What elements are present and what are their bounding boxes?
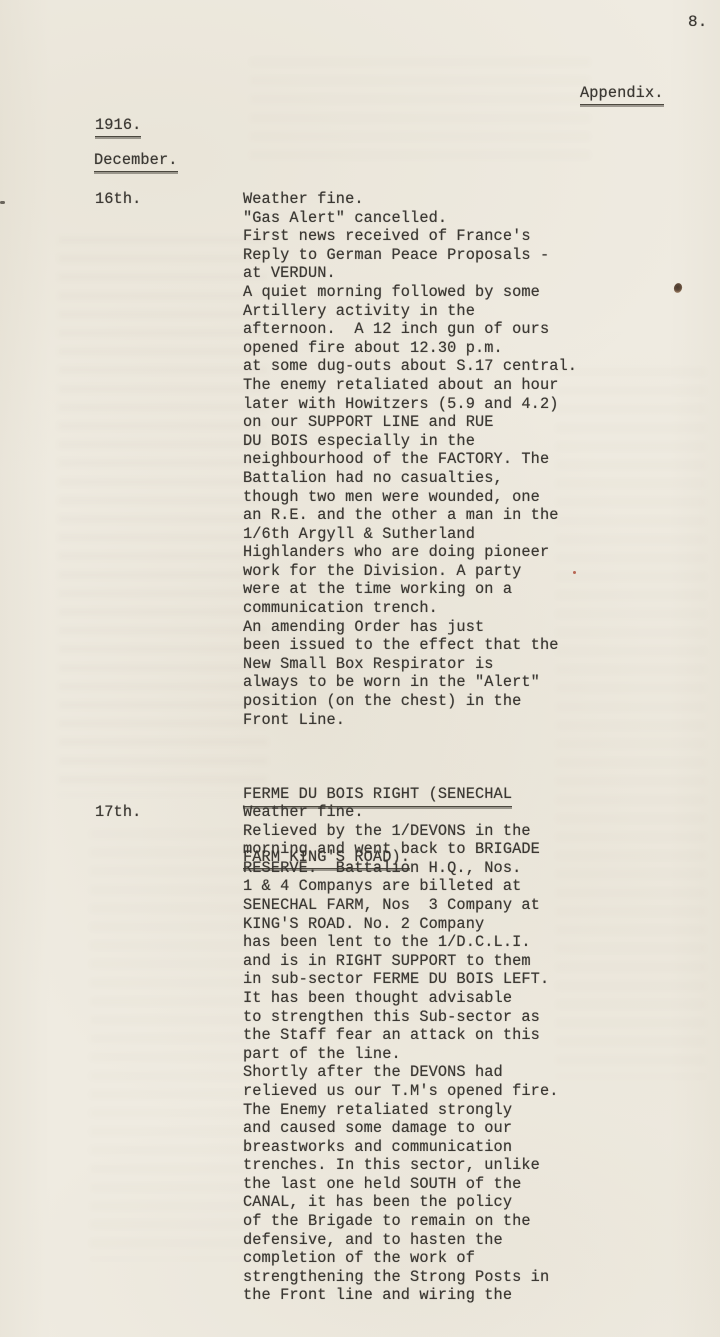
typewritten-line: at VERDUN. bbox=[243, 264, 577, 283]
typewritten-line: 1/6th Argyll & Sutherland bbox=[243, 525, 577, 544]
month-heading: December. bbox=[94, 151, 178, 172]
appendix-heading: Appendix. bbox=[580, 84, 664, 105]
typewritten-line: in sub-sector FERME DU BOIS LEFT. bbox=[243, 970, 559, 989]
year-heading-text: 1916. bbox=[95, 116, 141, 137]
entry-body-16th: Weather fine."Gas Alert" cancelled.First… bbox=[243, 190, 577, 729]
typewritten-line: been issued to the effect that the bbox=[243, 636, 577, 655]
typewritten-line: New Small Box Respirator is bbox=[243, 655, 577, 674]
ink-speck bbox=[673, 282, 684, 294]
typewritten-line: Weather fine. bbox=[243, 190, 577, 209]
red-ink-dot bbox=[573, 571, 576, 574]
typewritten-line: 1 & 4 Companys are billeted at bbox=[243, 877, 559, 896]
typewritten-line: Relieved by the 1/DEVONS in the bbox=[243, 822, 559, 841]
typewritten-line: the Front line and wiring the bbox=[243, 1286, 559, 1305]
typewritten-line: An amending Order has just bbox=[243, 618, 577, 637]
typewritten-line: the last one held SOUTH of the bbox=[243, 1175, 559, 1194]
typewritten-line: SENECHAL FARM, Nos 3 Company at bbox=[243, 896, 559, 915]
typewritten-line: later with Howitzers (5.9 and 4.2) bbox=[243, 395, 577, 414]
entry-body-17th: Weather fine.Relieved by the 1/DEVONS in… bbox=[243, 803, 559, 1305]
scan-edge-mark bbox=[0, 201, 5, 204]
typewritten-line: relieved us our T.M's opened fire. bbox=[243, 1082, 559, 1101]
typewritten-line: First news received of France's bbox=[243, 227, 577, 246]
typewritten-line: CANAL, it has been the policy bbox=[243, 1193, 559, 1212]
bleed-through-ghosting bbox=[90, 830, 250, 1260]
typewritten-line: morning and went back to BRIGADE bbox=[243, 840, 559, 859]
typewritten-line: KING'S ROAD. No. 2 Company bbox=[243, 915, 559, 934]
typewritten-line: Reply to German Peace Proposals - bbox=[243, 246, 577, 265]
typewritten-line: Highlanders who are doing pioneer bbox=[243, 543, 577, 562]
typewritten-line: work for the Division. A party bbox=[243, 562, 577, 581]
typewritten-line: A quiet morning followed by some bbox=[243, 283, 577, 302]
typewritten-line: The Enemy retaliated strongly bbox=[243, 1101, 559, 1120]
year-heading: 1916. bbox=[95, 116, 141, 137]
typewritten-line: opened fire about 12.30 p.m. bbox=[243, 339, 577, 358]
typewritten-line: afternoon. A 12 inch gun of ours bbox=[243, 320, 577, 339]
typewritten-line: part of the line. bbox=[243, 1045, 559, 1064]
typewritten-line: Battalion had no casualties, bbox=[243, 469, 577, 488]
entry-date-17th: 17th. bbox=[95, 803, 141, 822]
typewritten-line: DU BOIS especially in the bbox=[243, 432, 577, 451]
typewritten-line: though two men were wounded, one bbox=[243, 488, 577, 507]
typewritten-line: communication trench. bbox=[243, 599, 577, 618]
typewritten-line: were at the time working on a bbox=[243, 580, 577, 599]
bleed-through-ghosting bbox=[250, 58, 590, 168]
typewritten-line: and is in RIGHT SUPPORT to them bbox=[243, 952, 559, 971]
typewritten-line: "Gas Alert" cancelled. bbox=[243, 209, 577, 228]
typewritten-line: RESERVE. Battalion H.Q., Nos. bbox=[243, 859, 559, 878]
typewritten-line: the Staff fear an attack on this bbox=[243, 1026, 559, 1045]
month-heading-text: December. bbox=[94, 151, 178, 172]
typewritten-line: to strengthen this Sub-sector as bbox=[243, 1008, 559, 1027]
typewritten-line: neighbourhood of the FACTORY. The bbox=[243, 450, 577, 469]
typewritten-line: Front Line. bbox=[243, 711, 577, 730]
typewritten-line: completion of the work of bbox=[243, 1249, 559, 1268]
typewritten-line: strengthening the Strong Posts in bbox=[243, 1268, 559, 1287]
typewritten-line: an R.E. and the other a man in the bbox=[243, 506, 577, 525]
typewritten-line: and caused some damage to our bbox=[243, 1119, 559, 1138]
typewritten-line: Artillery activity in the bbox=[243, 302, 577, 321]
bleed-through-ghosting bbox=[58, 236, 268, 796]
typewritten-line: breastworks and communication bbox=[243, 1138, 559, 1157]
entry-date-16th: 16th. bbox=[95, 190, 141, 209]
typewritten-line: It has been thought advisable bbox=[243, 989, 559, 1008]
typewritten-line: always to be worn in the "Alert" bbox=[243, 673, 577, 692]
typewritten-line: on our SUPPORT LINE and RUE bbox=[243, 413, 577, 432]
typewritten-line: has been lent to the 1/D.C.L.I. bbox=[243, 933, 559, 952]
typewritten-line: trenches. In this sector, unlike bbox=[243, 1156, 559, 1175]
bleed-through-ghosting bbox=[556, 368, 706, 1078]
appendix-heading-text: Appendix. bbox=[580, 84, 664, 105]
typewritten-line: Shortly after the DEVONS had bbox=[243, 1063, 559, 1082]
typewritten-line: position (on the chest) in the bbox=[243, 692, 577, 711]
typewritten-line: defensive, and to hasten the bbox=[243, 1231, 559, 1250]
typewritten-line: at some dug-outs about S.17 central. bbox=[243, 357, 577, 376]
typewritten-line: The enemy retaliated about an hour bbox=[243, 376, 577, 395]
page-number: 8. bbox=[688, 13, 707, 32]
scanned-diary-page: 8. Appendix. 1916. December. 16th. Weath… bbox=[0, 0, 720, 1337]
typewritten-line: of the Brigade to remain on the bbox=[243, 1212, 559, 1231]
typewritten-line: Weather fine. bbox=[243, 803, 559, 822]
